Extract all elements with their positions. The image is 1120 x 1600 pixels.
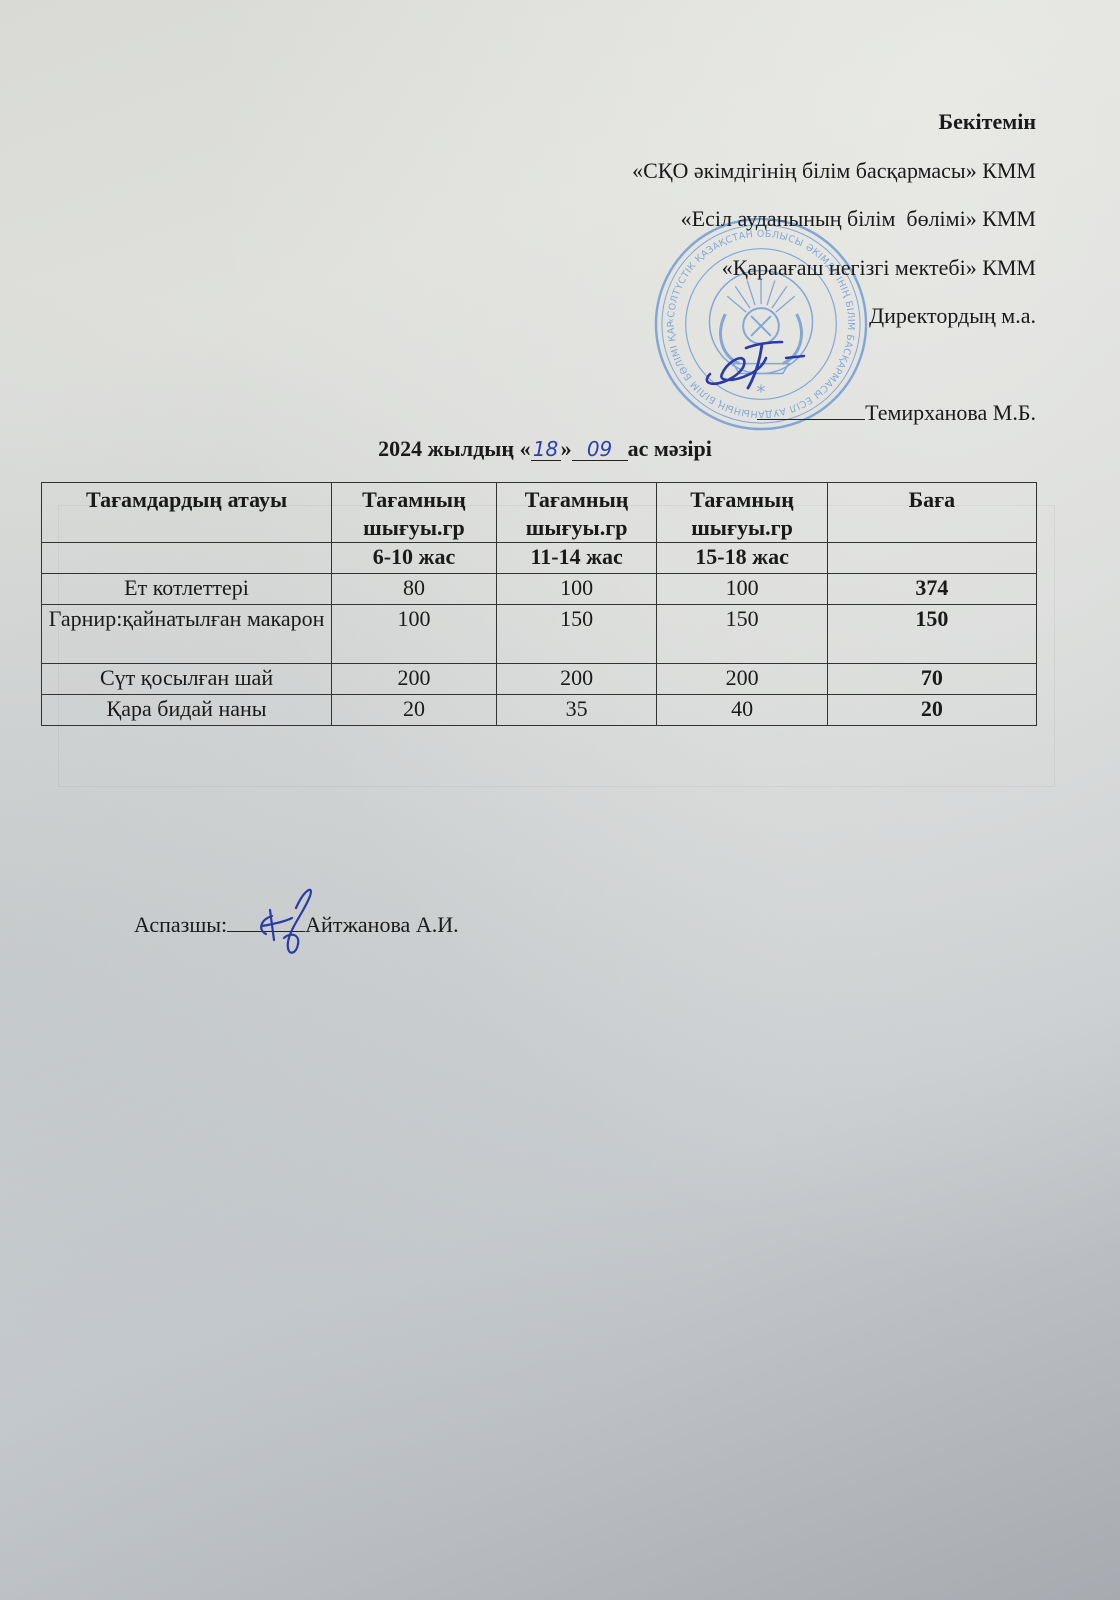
cook-label: Аспазшы: (134, 912, 227, 937)
age-empty-cell (42, 543, 332, 574)
approval-line-position: Директордың м.а. (632, 292, 1036, 341)
approval-line-school: «Қараағаш негізгі мектебі» КММ (632, 244, 1036, 293)
table-row: Қара бидай наны 20 35 40 20 (42, 695, 1037, 726)
approval-title: Бекітемін (632, 98, 1036, 147)
dish-name: Гарнир:қайнатылған макарон (42, 605, 332, 664)
table-row: Ет котлеттері 80 100 100 374 (42, 574, 1037, 605)
approval-line-district: «Есіл ауданының білім бөлімі» КММ (632, 195, 1036, 244)
output-6-10: 100 (332, 605, 497, 664)
output-11-14: 35 (496, 695, 657, 726)
dish-name: Ет котлеттері (42, 574, 332, 605)
header-output-6-10: Тағамның шығуы.гр (332, 483, 497, 543)
output-15-18: 150 (657, 605, 827, 664)
approval-line-director: Темирханова М.Б. (632, 341, 1036, 487)
table-row: Сүт қосылған шай 200 200 200 70 (42, 664, 1037, 695)
header-price: Баға (827, 483, 1036, 543)
dish-price: 20 (827, 695, 1036, 726)
menu-date-day: 18 (531, 438, 561, 461)
dish-price: 150 (827, 605, 1036, 664)
header-output-15-18: Тағамның шығуы.гр (657, 483, 827, 543)
dish-price: 374 (827, 574, 1036, 605)
menu-title: 2024 жылдың «18»09ас мәзірі (0, 436, 1120, 462)
output-6-10: 20 (332, 695, 497, 726)
output-11-14: 150 (496, 605, 657, 664)
menu-date-month: 09 (572, 438, 628, 461)
menu-title-middle: » (561, 436, 572, 461)
dish-name: Қара бидай наны (42, 695, 332, 726)
header-dish-name: Тағамдардың атауы (42, 483, 332, 543)
dish-name: Сүт қосылған шай (42, 664, 332, 695)
output-6-10: 80 (332, 574, 497, 605)
output-11-14: 200 (496, 664, 657, 695)
table-row: Гарнир:қайнатылған макарон 100 150 150 1… (42, 605, 1037, 664)
cook-signature-icon (244, 880, 324, 960)
output-15-18: 40 (657, 695, 827, 726)
menu-title-prefix: 2024 жылдың « (378, 436, 530, 461)
header-output-11-14: Тағамның шығуы.гр (496, 483, 657, 543)
menu-title-suffix: ас мәзірі (628, 436, 712, 461)
table-header-row: Тағамдардың атауы Тағамның шығуы.гр Таға… (42, 483, 1037, 543)
dish-price: 70 (827, 664, 1036, 695)
approval-block: Бекітемін «СҚО әкімдігінің білім басқарм… (632, 98, 1036, 486)
director-signature-icon (700, 330, 820, 395)
output-6-10: 200 (332, 664, 497, 695)
menu-table: Тағамдардың атауы Тағамның шығуы.гр Таға… (41, 482, 1037, 726)
output-11-14: 100 (496, 574, 657, 605)
approval-line-department: «СҚО әкімдігінің білім басқармасы» КММ (632, 147, 1036, 196)
age-group-6-10: 6-10 жас (332, 543, 497, 574)
director-signature-line (757, 403, 865, 420)
output-15-18: 200 (657, 664, 827, 695)
age-group-15-18: 15-18 жас (657, 543, 827, 574)
cook-name: Айтжанова А.И. (305, 912, 458, 937)
age-group-11-14: 11-14 жас (496, 543, 657, 574)
age-price-empty-cell (827, 543, 1036, 574)
director-name: Темирханова М.Б. (865, 400, 1036, 425)
output-15-18: 100 (657, 574, 827, 605)
table-age-row: 6-10 жас 11-14 жас 15-18 жас (42, 543, 1037, 574)
